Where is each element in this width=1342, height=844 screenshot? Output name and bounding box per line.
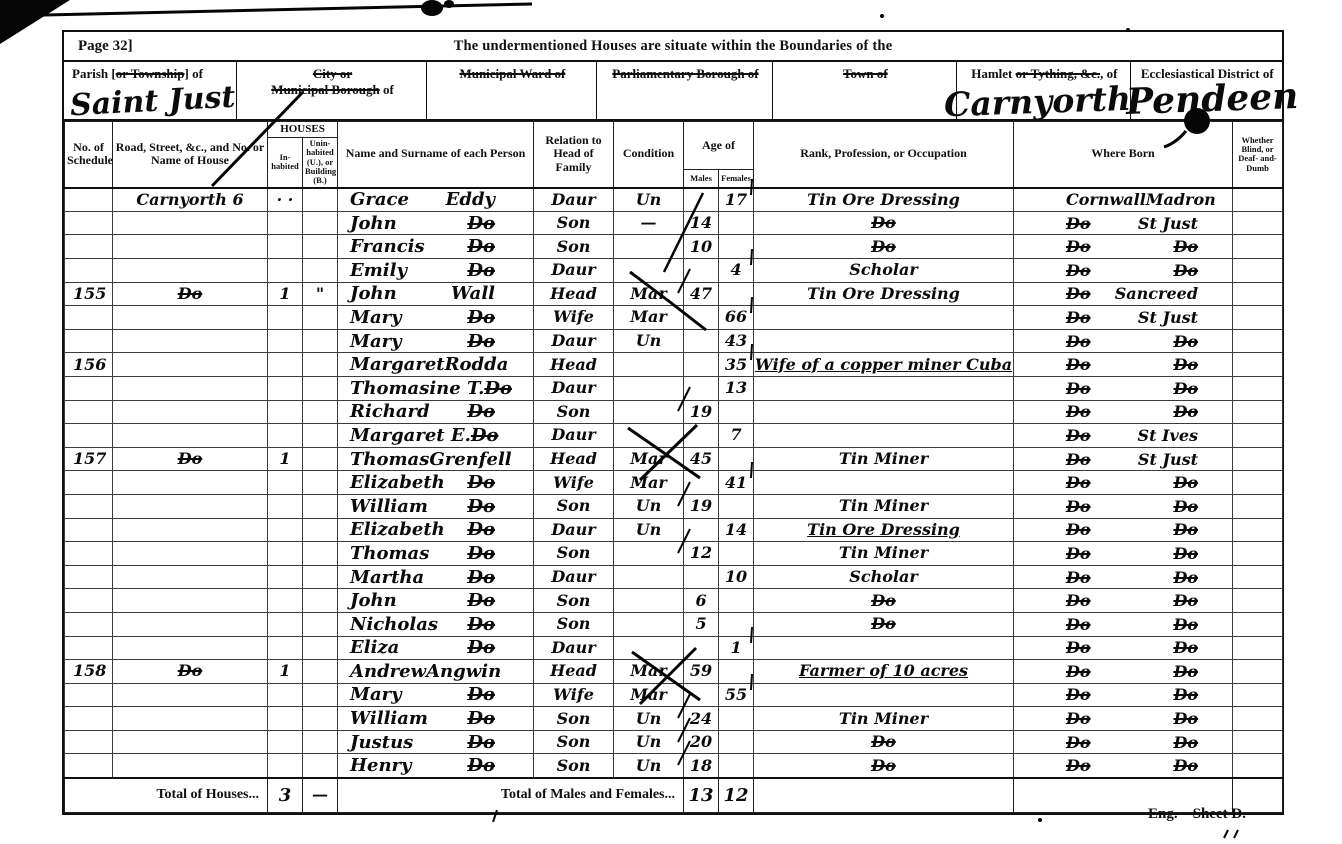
where-born-cell: Do Do (1014, 612, 1233, 636)
person-name-cell: William Do (338, 494, 534, 518)
houses-uninhabited (303, 565, 338, 589)
sheet-reference: Eng.—Sheet D. (1148, 806, 1246, 823)
condition-cell (614, 259, 684, 283)
condition-cell: Un (614, 188, 684, 212)
table-row: 158 Do 1 Andrew Angwin Head Mar 59 Farme… (65, 660, 1283, 684)
given-name: Margaret (350, 354, 445, 375)
person-name-cell: Henry Do (338, 754, 534, 778)
col-age: Age of (684, 122, 754, 170)
houses-uninhabited (303, 259, 338, 283)
where-born-cell: Do Do (1014, 565, 1233, 589)
relation-cell: Wife (534, 306, 614, 330)
house-name (113, 589, 268, 613)
where-born-cell: Do Do (1014, 589, 1233, 613)
surname: Eddy (446, 189, 495, 210)
total-houses-label: Total of Houses... (65, 778, 268, 813)
surname: Do (467, 401, 495, 422)
born-county: Cornwall (1066, 190, 1146, 209)
born-place: Sancreed (1115, 284, 1198, 303)
where-born-cell: Do Do (1014, 376, 1233, 400)
born-county: Do (1066, 685, 1091, 704)
total-houses-inhabited: 3 (268, 778, 303, 813)
schedule-number (65, 730, 113, 754)
col-occupation: Rank, Profession, or Occupation (754, 122, 1014, 188)
born-place: Do (1173, 473, 1198, 492)
age-female-cell (719, 589, 754, 613)
where-born-cell: Do Do (1014, 471, 1233, 495)
age-female-cell: 43 (719, 329, 754, 353)
surname: Wall (451, 283, 495, 304)
condition-cell (614, 235, 684, 259)
col-blind: Whether Blind, or Deaf- and-Dumb (1233, 122, 1283, 188)
born-place: Do (1173, 615, 1198, 634)
house-name: Do (113, 282, 268, 306)
totals-row: Total of Houses... 3 — Total of Males an… (65, 778, 1283, 813)
occupation-cell: Tin Miner (754, 494, 1014, 518)
born-place: St Ives (1138, 426, 1198, 445)
house-name (113, 259, 268, 283)
houses-inhabited (268, 471, 303, 495)
born-county: Do (1066, 709, 1091, 728)
occupation-cell: Tin Ore Dressing (754, 518, 1014, 542)
surname: Do (467, 590, 495, 611)
born-county: Do (1066, 733, 1091, 752)
age-female-cell (719, 730, 754, 754)
city-borough-cell: City or Municipal Borough of (237, 62, 426, 119)
relation-cell: Daur (534, 565, 614, 589)
relation-cell: Son (534, 707, 614, 731)
relation-cell: Wife (534, 471, 614, 495)
house-name (113, 565, 268, 589)
age-male-cell: 5 (684, 612, 719, 636)
where-born-cell: Do Do (1014, 518, 1233, 542)
blind-cell (1233, 730, 1283, 754)
condition-cell (614, 376, 684, 400)
age-male-cell (684, 188, 719, 212)
column-headers: No. of Schedule Road, Street, &c., and N… (65, 122, 1283, 188)
relation-cell: Son (534, 542, 614, 566)
schedule-number (65, 636, 113, 660)
schedule-number (65, 518, 113, 542)
condition-cell: Mar (614, 306, 684, 330)
blind-cell (1233, 612, 1283, 636)
where-born-cell: Do Do (1014, 707, 1233, 731)
schedule-number (65, 542, 113, 566)
blind-cell (1233, 683, 1283, 707)
schedule-number (65, 400, 113, 424)
person-name-cell: Mary Do (338, 683, 534, 707)
houses-uninhabited (303, 730, 338, 754)
ecclesiastical-district-cell: Ecclesiastical District of (1131, 62, 1282, 119)
condition-cell: Mar (614, 660, 684, 684)
col-inhabited: In- habited (268, 138, 303, 188)
houses-inhabited (268, 683, 303, 707)
given-name: Henry (350, 755, 412, 776)
table-row: John Do Son 6 Do Do Do (65, 589, 1283, 613)
occupation-cell: Tin Miner (754, 542, 1014, 566)
born-county: Do (1066, 284, 1091, 303)
blind-cell (1233, 494, 1283, 518)
surname: Rodda (445, 354, 509, 375)
col-road: Road, Street, &c., and No. or Name of Ho… (113, 122, 268, 188)
houses-inhabited (268, 542, 303, 566)
condition-cell (614, 589, 684, 613)
sheet-caption: The undermentioned Houses are situate wi… (64, 38, 1282, 55)
born-place: Do (1173, 733, 1198, 752)
where-born-cell: Do St Just (1014, 447, 1233, 471)
born-place: Madron (1146, 190, 1216, 209)
where-born-cell: Do Do (1014, 400, 1233, 424)
houses-inhabited (268, 353, 303, 377)
house-name (113, 754, 268, 778)
table-row: Thomasine T. Do Daur 13 Do Do (65, 376, 1283, 400)
houses-uninhabited (303, 589, 338, 613)
born-county: Do (1066, 473, 1091, 492)
house-name (113, 235, 268, 259)
houses-inhabited (268, 259, 303, 283)
age-female-cell: 66 (719, 306, 754, 330)
houses-inhabited (268, 730, 303, 754)
given-name: Mary (350, 331, 402, 352)
parish-cell: Parish [or Township] of (64, 62, 237, 119)
surname: Do (471, 425, 499, 446)
person-name-cell: William Do (338, 707, 534, 731)
houses-inhabited: 1 (268, 447, 303, 471)
age-male-cell (684, 329, 719, 353)
caption-band: Page 32] The undermentioned Houses are s… (64, 32, 1282, 62)
age-male-cell (684, 636, 719, 660)
table-row: Elizabeth Do Daur Un 14 Tin Ore Dressing… (65, 518, 1283, 542)
houses-uninhabited (303, 636, 338, 660)
relation-cell: Daur (534, 329, 614, 353)
where-born-cell: Do Do (1014, 259, 1233, 283)
houses-uninhabited (303, 447, 338, 471)
occupation-cell (754, 376, 1014, 400)
surname: Do (467, 307, 495, 328)
where-born-cell: Do Do (1014, 730, 1233, 754)
table-row: Nicholas Do Son 5 Do Do Do (65, 612, 1283, 636)
table-row: 156 Margaret Rodda Head 35 Wife of a co (65, 353, 1283, 377)
born-place: St Just (1138, 308, 1198, 327)
house-name (113, 518, 268, 542)
blind-cell (1233, 376, 1283, 400)
condition-cell: — (614, 211, 684, 235)
houses-uninhabited (303, 707, 338, 731)
houses-inhabited (268, 636, 303, 660)
age-female-cell (719, 235, 754, 259)
surname: Do (467, 543, 495, 564)
born-place: Do (1173, 497, 1198, 516)
age-male-cell (684, 565, 719, 589)
house-name (113, 494, 268, 518)
given-name: Elizabeth (350, 519, 445, 540)
col-where-born: Where Born (1014, 122, 1233, 188)
house-name (113, 636, 268, 660)
age-female-cell: 41 (719, 471, 754, 495)
given-name: Thomas (350, 543, 429, 564)
born-county: Do (1066, 591, 1091, 610)
houses-inhabited (268, 211, 303, 235)
given-name: Emily (350, 260, 407, 281)
age-female-cell: 14 (719, 518, 754, 542)
occupation-cell: Wife of a copper miner Cuba (754, 353, 1014, 377)
person-name-cell: Margaret Rodda (338, 353, 534, 377)
surname: Do (467, 614, 495, 635)
relation-cell: Daur (534, 636, 614, 660)
blind-cell (1233, 259, 1283, 283)
total-males-females-label: Total of Males and Females... (338, 778, 684, 813)
given-name: Andrew (350, 661, 426, 682)
age-female-cell (719, 494, 754, 518)
given-name: Margaret E. (350, 425, 471, 446)
table-row: Margaret E. Do Daur 7 Do St Ives (65, 424, 1283, 448)
table-row: Mary Do Wife Mar 66 Do St Just (65, 306, 1283, 330)
age-female-cell: 13 (719, 376, 754, 400)
condition-cell: Un (614, 707, 684, 731)
born-county: Do (1066, 615, 1091, 634)
surname: Do (467, 684, 495, 705)
age-male-cell: 19 (684, 400, 719, 424)
given-name: Eliza (350, 637, 399, 658)
houses-uninhabited (303, 188, 338, 212)
given-name: Thomas (350, 449, 429, 470)
age-male-cell: 19 (684, 494, 719, 518)
surname: Do (467, 519, 495, 540)
census-sheet: Page 32] The undermentioned Houses are s… (62, 30, 1284, 815)
born-county: Do (1066, 261, 1091, 280)
given-name: John (350, 213, 397, 234)
schedule-number (65, 589, 113, 613)
person-name-cell: Justus Do (338, 730, 534, 754)
born-place: Do (1173, 355, 1198, 374)
blind-cell (1233, 447, 1283, 471)
houses-uninhabited (303, 211, 338, 235)
schedule-number (65, 424, 113, 448)
condition-cell (614, 424, 684, 448)
age-male-cell: 12 (684, 542, 719, 566)
born-place: St Just (1138, 450, 1198, 469)
houses-uninhabited: " (303, 282, 338, 306)
where-born-cell: Do Do (1014, 353, 1233, 377)
houses-inhabited (268, 400, 303, 424)
occupation-cell: Scholar (754, 565, 1014, 589)
given-name: Martha (350, 567, 424, 588)
col-name: Name and Surname of each Person (338, 122, 534, 188)
relation-cell: Head (534, 447, 614, 471)
born-county: Do (1066, 426, 1091, 445)
age-female-cell (719, 542, 754, 566)
schedule-number (65, 565, 113, 589)
houses-uninhabited (303, 400, 338, 424)
condition-cell (614, 353, 684, 377)
occupation-cell (754, 424, 1014, 448)
born-place: Do (1173, 332, 1198, 351)
born-place: Do (1173, 544, 1198, 563)
table-row: Martha Do Daur 10 Scholar Do Do (65, 565, 1283, 589)
given-name: Mary (350, 684, 402, 705)
houses-uninhabited (303, 542, 338, 566)
table-row: Mary Do Wife Mar 55 Do Do (65, 683, 1283, 707)
parish-label: Parish [ (72, 66, 116, 81)
given-name: John (350, 283, 397, 304)
age-male-cell: 10 (684, 235, 719, 259)
col-females: Females (719, 170, 754, 188)
house-name: Do (113, 660, 268, 684)
born-county: Do (1066, 568, 1091, 587)
house-name (113, 376, 268, 400)
houses-inhabited (268, 376, 303, 400)
house-name (113, 471, 268, 495)
age-female-cell (719, 211, 754, 235)
surname: Do (467, 708, 495, 729)
blind-cell (1233, 306, 1283, 330)
age-female-cell (719, 612, 754, 636)
surname: Do (467, 260, 495, 281)
age-male-cell (684, 376, 719, 400)
given-name: Nicholas (350, 614, 438, 635)
age-male-cell: 6 (684, 589, 719, 613)
relation-cell: Daur (534, 424, 614, 448)
relation-cell: Daur (534, 518, 614, 542)
houses-uninhabited (303, 471, 338, 495)
given-name: Elizabeth (350, 472, 445, 493)
house-name (113, 329, 268, 353)
occupation-cell (754, 306, 1014, 330)
town-cell: Town of (773, 62, 957, 119)
table-row: Francis Do Son 10 Do Do Do (65, 235, 1283, 259)
condition-cell (614, 612, 684, 636)
blind-cell (1233, 707, 1283, 731)
age-male-cell (684, 471, 719, 495)
houses-inhabited (268, 424, 303, 448)
house-name (113, 730, 268, 754)
ink-blot (421, 0, 443, 16)
where-born-cell: Do St Just (1014, 306, 1233, 330)
given-name: Francis (350, 236, 425, 257)
col-uninhabited: Unin- habited (U.), or Building (B.) (303, 138, 338, 188)
house-name (113, 353, 268, 377)
person-name-cell: Nicholas Do (338, 612, 534, 636)
houses-inhabited (268, 565, 303, 589)
schedule-number (65, 471, 113, 495)
houses-uninhabited (303, 612, 338, 636)
relation-cell: Son (534, 754, 614, 778)
schedule-number: 155 (65, 282, 113, 306)
age-male-cell: 24 (684, 707, 719, 731)
person-name-cell: Francis Do (338, 235, 534, 259)
condition-cell (614, 400, 684, 424)
occupation-cell: Do (754, 589, 1014, 613)
age-male-cell: 45 (684, 447, 719, 471)
houses-inhabited: 1 (268, 282, 303, 306)
age-female-cell: 7 (719, 424, 754, 448)
age-male-cell (684, 424, 719, 448)
surname: Do (467, 755, 495, 776)
condition-cell (614, 565, 684, 589)
born-county: Do (1066, 450, 1091, 469)
total-males: 13 (684, 778, 719, 813)
blind-cell (1233, 424, 1283, 448)
relation-cell: Head (534, 353, 614, 377)
born-county: Do (1066, 214, 1091, 233)
surname: Do (467, 567, 495, 588)
age-male-cell (684, 259, 719, 283)
col-males: Males (684, 170, 719, 188)
schedule-number (65, 707, 113, 731)
houses-inhabited (268, 494, 303, 518)
schedule-number: 157 (65, 447, 113, 471)
schedule-number (65, 683, 113, 707)
born-place: Do (1173, 685, 1198, 704)
total-houses-uninhabited: — (303, 778, 338, 813)
schedule-number (65, 211, 113, 235)
blind-cell (1233, 565, 1283, 589)
person-name-cell: Elizabeth Do (338, 471, 534, 495)
where-born-cell: Do St Just (1014, 211, 1233, 235)
houses-uninhabited (303, 754, 338, 778)
surname: Do (467, 496, 495, 517)
house-name (113, 306, 268, 330)
age-male-cell: 18 (684, 754, 719, 778)
table-row: Justus Do Son Un 20 Do Do Do (65, 730, 1283, 754)
relation-cell: Son (534, 400, 614, 424)
house-name (113, 683, 268, 707)
age-female-cell (719, 400, 754, 424)
age-female-cell (719, 707, 754, 731)
age-male-cell: 14 (684, 211, 719, 235)
houses-inhabited: · · (268, 188, 303, 212)
age-female-cell (719, 282, 754, 306)
age-male-cell (684, 306, 719, 330)
born-county: Do (1066, 638, 1091, 657)
houses-inhabited (268, 518, 303, 542)
relation-cell: Son (534, 589, 614, 613)
condition-cell (614, 636, 684, 660)
person-name-cell: Thomas Grenfell (338, 447, 534, 471)
born-county: Do (1066, 379, 1091, 398)
schedule-number: 158 (65, 660, 113, 684)
col-schedule: No. of Schedule (65, 122, 113, 188)
house-name (113, 542, 268, 566)
age-female-cell: 4 (719, 259, 754, 283)
occupation-cell: Tin Ore Dressing (754, 188, 1014, 212)
where-born-cell: Do Do (1014, 636, 1233, 660)
table-row: 155 Do 1 " John Wall Head Mar 47 Tin Ore… (65, 282, 1283, 306)
relation-cell: Daur (534, 259, 614, 283)
age-female-cell: 55 (719, 683, 754, 707)
ecclesiastical-label: Ecclesiastical District of (1141, 66, 1274, 81)
where-born-cell: Do Do (1014, 235, 1233, 259)
relation-cell: Head (534, 660, 614, 684)
blind-cell (1233, 329, 1283, 353)
born-county: Do (1066, 497, 1091, 516)
relation-cell: Daur (534, 188, 614, 212)
house-name (113, 211, 268, 235)
occupation-cell (754, 471, 1014, 495)
condition-cell: Un (614, 730, 684, 754)
house-name (113, 707, 268, 731)
condition-cell: Mar (614, 447, 684, 471)
surname: Grenfell (429, 449, 511, 470)
table-row: Elizabeth Do Wife Mar 41 Do Do (65, 471, 1283, 495)
schedule-number (65, 329, 113, 353)
born-county: Do (1066, 662, 1091, 681)
table-row: William Do Son Un 24 Tin Miner Do Do (65, 707, 1283, 731)
relation-cell: Son (534, 211, 614, 235)
surname: Do (467, 236, 495, 257)
occupation-cell: Tin Miner (754, 447, 1014, 471)
where-born-cell: Do Do (1014, 660, 1233, 684)
